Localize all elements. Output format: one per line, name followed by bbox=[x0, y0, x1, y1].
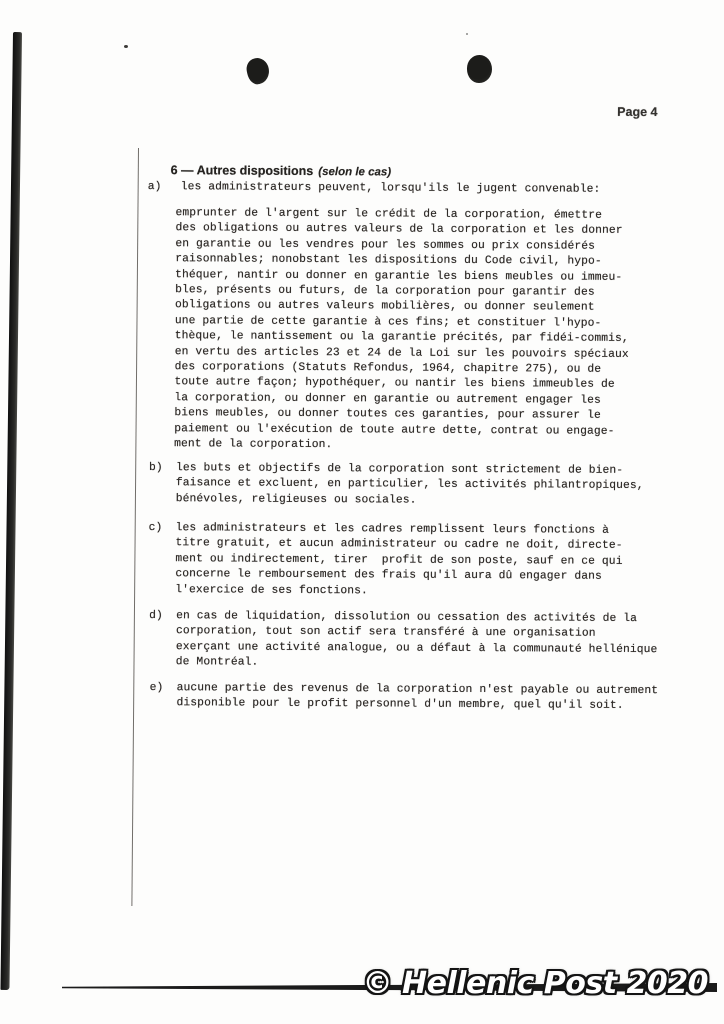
item-b-body: les buts et objectifs de la corporation … bbox=[176, 461, 644, 510]
item-b-marker: b) bbox=[149, 461, 163, 476]
item-a-marker: a) bbox=[148, 180, 162, 195]
scanned-document-page: Page 4 6 — Autres dispositions(selon le … bbox=[0, 0, 724, 1024]
item-e-body: aucune partie des revenus de la corporat… bbox=[177, 681, 659, 715]
document-text-layer: Page 4 6 — Autres dispositions(selon le … bbox=[0, 0, 724, 1024]
watermark-text: © Hellenic Post 2020 bbox=[363, 966, 708, 1001]
item-c-marker: c) bbox=[149, 521, 163, 536]
section-heading-title: 6 — Autres dispositions bbox=[171, 163, 314, 178]
item-d-body: en cas de liquidation, dissolution ou ce… bbox=[176, 609, 658, 674]
item-a-intro: les administrateurs peuvent, lorsqu'ils … bbox=[181, 180, 601, 198]
item-d-marker: d) bbox=[149, 609, 163, 624]
section-heading-qualifier: (selon le cas) bbox=[318, 166, 391, 178]
page-number-label: Page 4 bbox=[617, 105, 657, 119]
item-c-body: les administrateurs et les cadres rempli… bbox=[175, 521, 623, 601]
item-a-body: emprunter de l'argent sur le crédit de l… bbox=[174, 206, 630, 455]
item-e-marker: e) bbox=[150, 681, 164, 696]
